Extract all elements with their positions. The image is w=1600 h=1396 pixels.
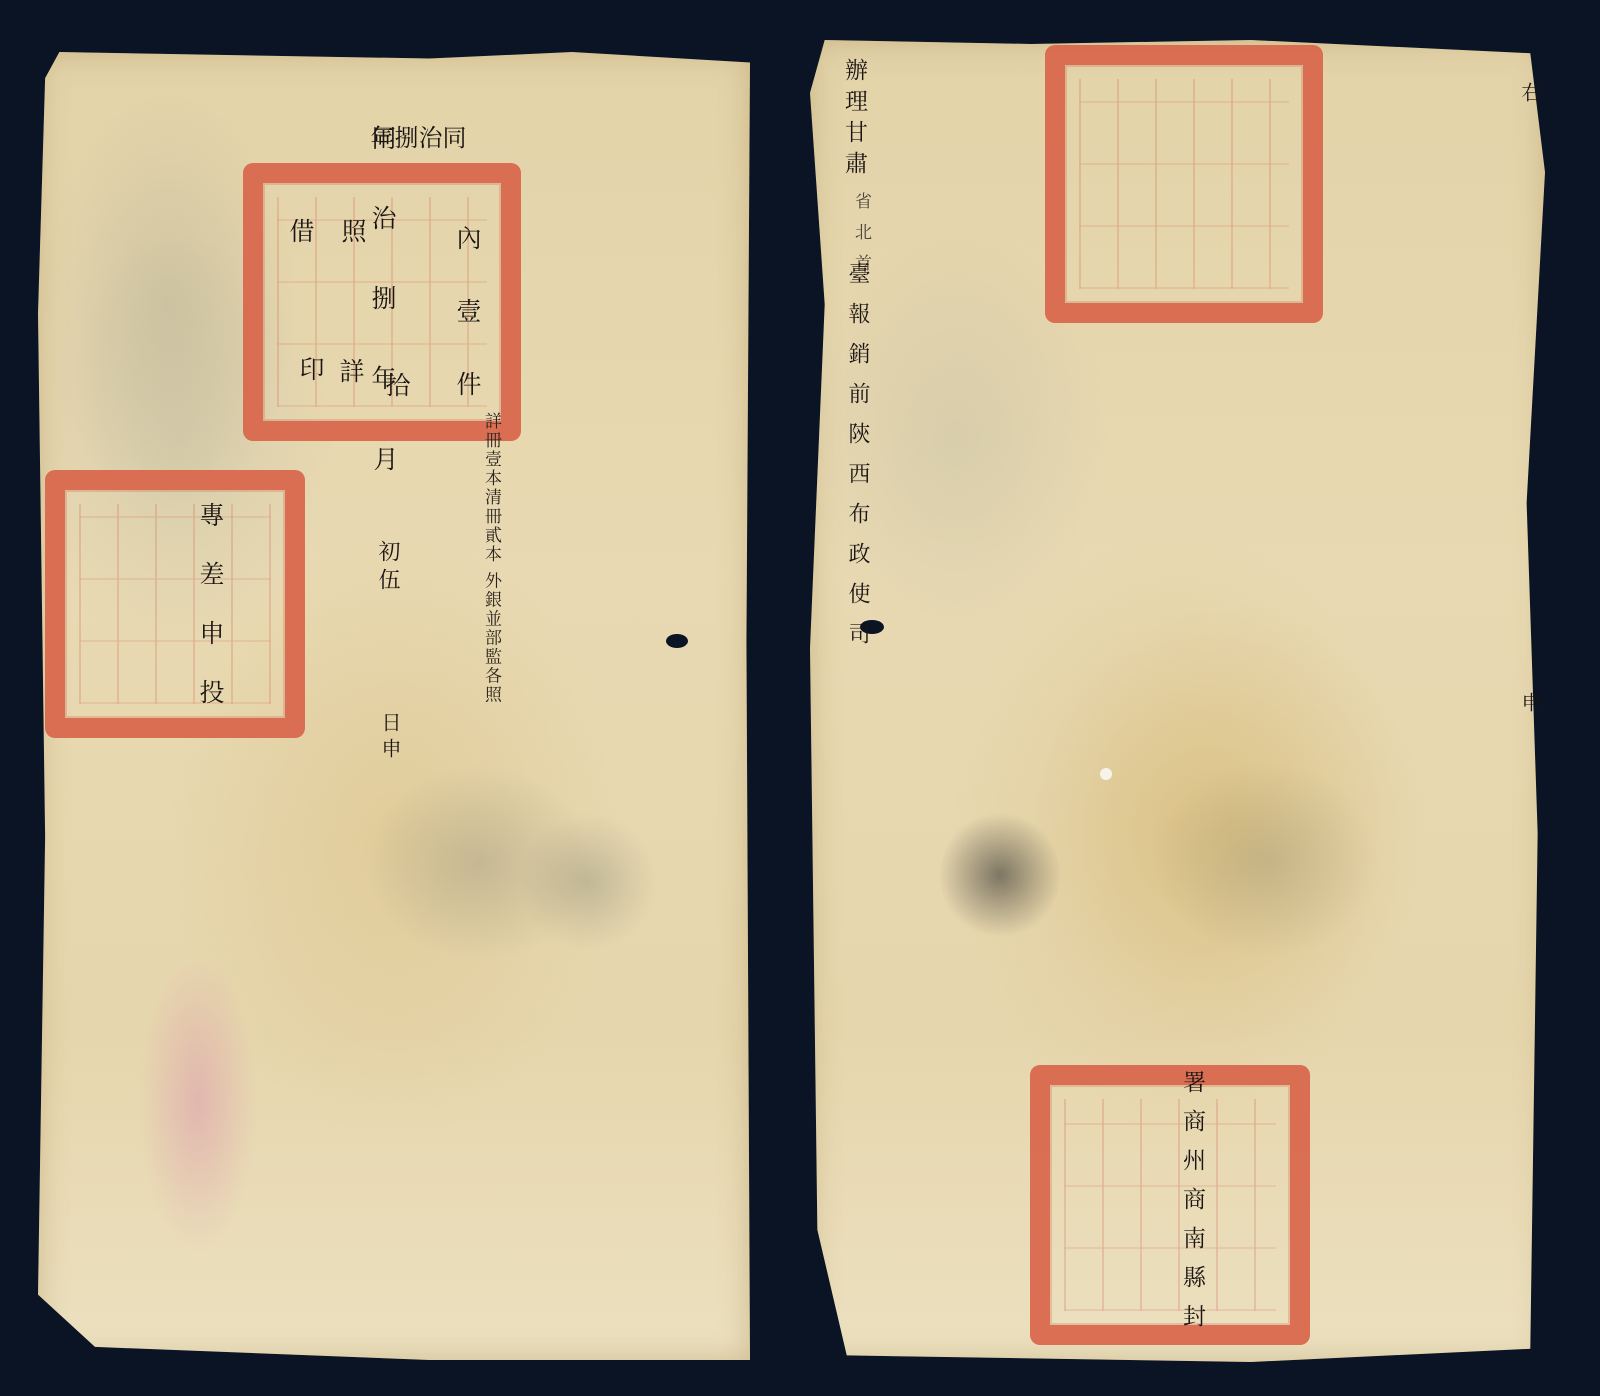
enclosures-note: 詳冊壹本清冊貳本 外銀並部監各照	[482, 412, 499, 704]
heading-column: 辦理甘肅	[842, 58, 865, 182]
contents-column: 內壹件	[455, 225, 480, 444]
detail-column: 詳	[338, 358, 363, 397]
day-value: 初伍	[376, 540, 398, 596]
margin-mark-middle: 申	[1520, 692, 1540, 726]
sender-column: 署商州商南縣封	[1180, 1070, 1203, 1343]
day-suffix: 日申	[380, 712, 400, 764]
red-official-seal	[1030, 1065, 1310, 1345]
margin-mark-top: 右	[1520, 82, 1540, 116]
column-jie: 借	[288, 218, 313, 257]
red-official-seal	[45, 470, 305, 738]
punched-hole	[1100, 768, 1112, 780]
grey-smudge	[518, 812, 658, 952]
dispatch-note: 專差申投	[198, 502, 223, 738]
paper-hole	[666, 634, 688, 648]
column-yin: 印	[298, 356, 323, 395]
count-column: 拾	[384, 372, 409, 411]
column-zhao: 照	[340, 218, 365, 257]
pink-stain	[138, 952, 258, 1252]
water-stain	[1030, 600, 1430, 1050]
red-official-seal	[1045, 45, 1323, 323]
subject-column: 臺報銷前陝西布政使司	[846, 262, 868, 662]
month-label: 月	[372, 446, 397, 485]
